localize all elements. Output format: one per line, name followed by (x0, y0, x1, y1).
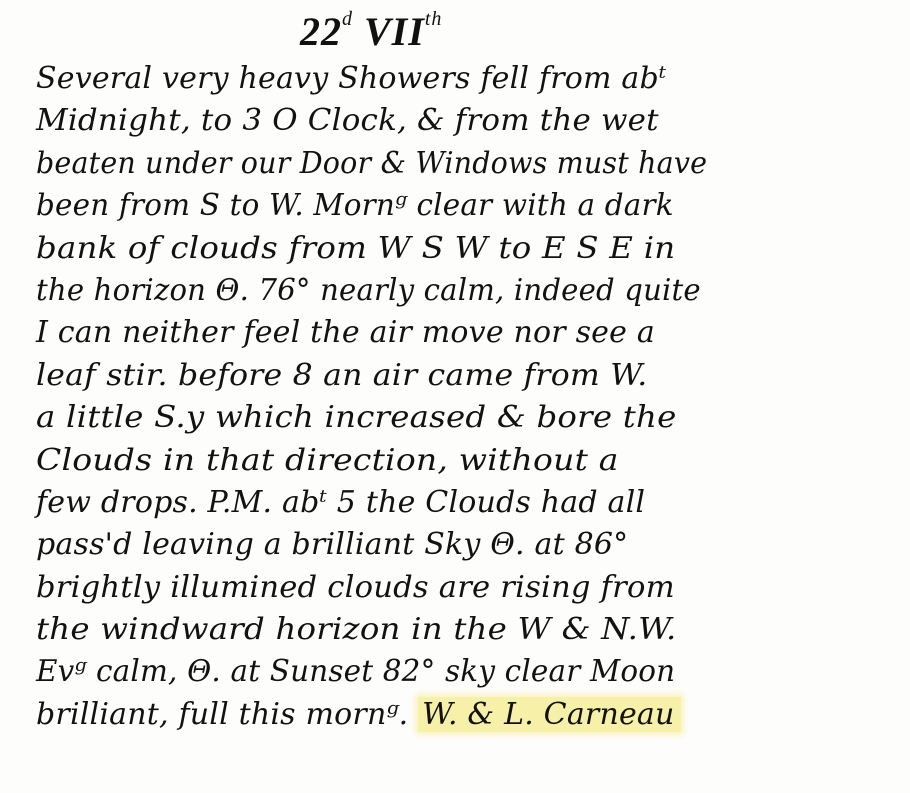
entry-line-13: brightly illumined clouds are rising fro… (36, 567, 903, 609)
date-heading: 22d VIIth (300, 8, 442, 55)
date-day: 22 (300, 9, 342, 54)
date-day-suffix: d (342, 8, 353, 30)
entry-line-15: Evᵍ calm, Θ. at Sunset 82° sky clear Moo… (36, 651, 869, 693)
entry-line-6: the horizon Θ. 76° nearly calm, indeed q… (36, 270, 861, 312)
entry-line-8: leaf stir. before 8 an air came from W. (36, 355, 910, 397)
entry-line-1: Several very heavy Showers fell from abᵗ (36, 58, 886, 100)
entry-line-5: bank of clouds from W S W to E S E in (36, 228, 910, 270)
date-month-suffix: th (425, 8, 443, 30)
entry-line-2: Midnight, to 3 O Clock, & from the wet (36, 100, 910, 142)
entry-line-16: brilliant, full this mornᵍ. W. & L. Carn… (36, 694, 886, 736)
entry-line-16-text: brilliant, full this mornᵍ. (36, 697, 408, 732)
entry-line-4: been from S to W. Mornᵍ clear with a dar… (36, 185, 869, 227)
entry-line-14: the windward horizon in the W & N.W. (36, 609, 910, 651)
date-month: VII (364, 9, 425, 54)
entry-line-9: a little S.y which increased & bore the (36, 397, 910, 439)
highlighted-signature: W. & L. Carneau (418, 697, 680, 732)
entry-line-11: few drops. P.M. abᵗ 5 the Clouds had all (36, 482, 886, 524)
manuscript-page: 22d VIIth Several very heavy Showers fel… (0, 0, 910, 793)
entry-line-3: beaten under our Door & Windows must hav… (36, 143, 844, 185)
entry-line-10: Clouds in that direction, without a (36, 440, 910, 482)
entry-line-12: pass'd leaving a brilliant Sky Θ. at 86° (36, 524, 886, 566)
journal-entry: Several very heavy Showers fell from abᵗ… (36, 58, 886, 736)
entry-line-7: I can neither feel the air move nor see … (36, 312, 886, 354)
